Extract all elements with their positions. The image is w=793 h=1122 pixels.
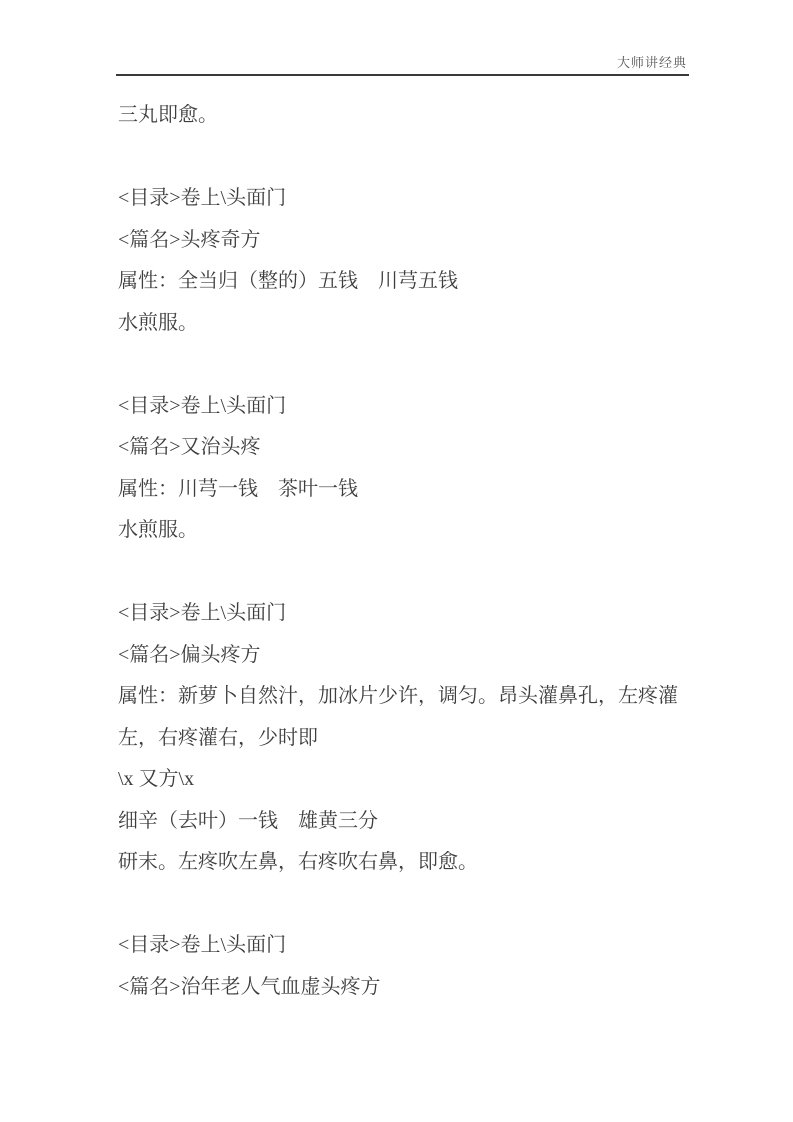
header-watermark: 大师讲经典 — [117, 53, 687, 72]
document-line: 属性：川芎一钱 茶叶一钱 — [118, 469, 704, 511]
document-page: 大师讲经典 三丸即愈。 <目录>卷上\头面门 <篇名>头疼奇方 属性：全当归（整… — [0, 0, 793, 1122]
document-line: 水煎服。 — [118, 510, 704, 552]
title-line: <篇名>偏头疼方 — [118, 635, 704, 677]
blank-line — [118, 884, 704, 926]
blank-line — [118, 137, 704, 179]
document-line: 细辛（去叶）一钱 雄黄三分 — [118, 801, 704, 843]
blank-line — [118, 344, 704, 386]
document-line: \x 又方\x — [118, 759, 704, 801]
blank-line — [118, 552, 704, 594]
document-line: 左，右疼灌右，少时即 — [118, 718, 704, 760]
title-line: <篇名>治年老人气血虚头疼方 — [118, 967, 704, 1009]
document-line: 属性：全当归（整的）五钱 川芎五钱 — [118, 261, 704, 303]
catalog-line: <目录>卷上\头面门 — [118, 925, 704, 967]
catalog-line: <目录>卷上\头面门 — [118, 178, 704, 220]
catalog-line: <目录>卷上\头面门 — [118, 593, 704, 635]
header-rule — [116, 74, 689, 76]
document-line: 三丸即愈。 — [118, 95, 704, 137]
title-line: <篇名>又治头疼 — [118, 427, 704, 469]
document-content: 三丸即愈。 <目录>卷上\头面门 <篇名>头疼奇方 属性：全当归（整的）五钱 川… — [118, 95, 704, 1008]
title-line: <篇名>头疼奇方 — [118, 220, 704, 262]
catalog-line: <目录>卷上\头面门 — [118, 386, 704, 428]
document-line: 属性：新萝卜自然汁，加冰片少许，调匀。昂头灌鼻孔，左疼灌 — [118, 676, 704, 718]
document-line: 水煎服。 — [118, 303, 704, 345]
document-line: 研末。左疼吹左鼻，右疼吹右鼻，即愈。 — [118, 842, 704, 884]
